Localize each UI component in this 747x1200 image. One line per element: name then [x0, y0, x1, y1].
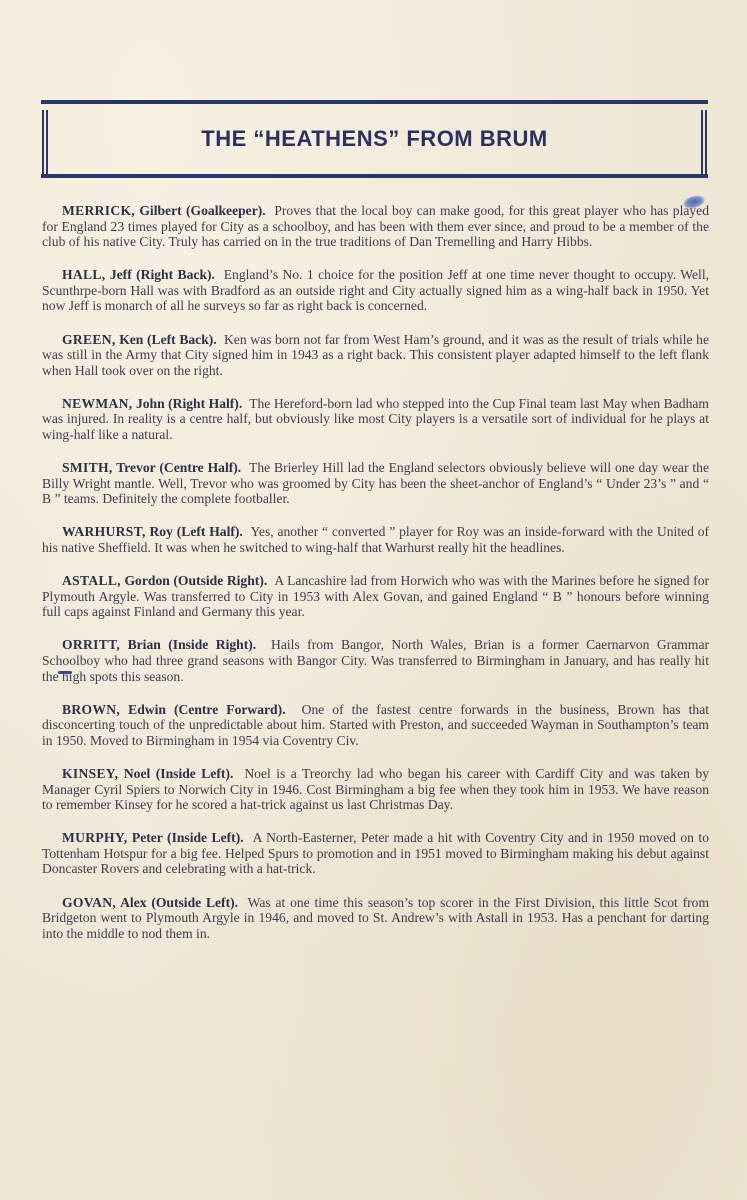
- player-heading: WARHURST, Roy (Left Half).: [62, 524, 243, 539]
- player-forename: Brian: [128, 637, 161, 652]
- player-heading: MERRICK, Gilbert (Goalkeeper).: [62, 203, 266, 218]
- player-surname: ASTALL,: [62, 573, 121, 588]
- player-surname: WARHURST,: [62, 524, 146, 539]
- player-position: (Centre Half).: [159, 460, 241, 475]
- player-position: (Right Half).: [168, 396, 242, 411]
- player-forename: Trevor: [116, 460, 155, 475]
- page-title: THE “HEATHENS” FROM BRUM: [41, 126, 708, 152]
- player-forename: Ken: [119, 332, 143, 347]
- player-entry: ASTALL, Gordon (Outside Right). A Lancas…: [42, 573, 709, 620]
- player-entry: HALL, Jeff (Right Back). England’s No. 1…: [42, 267, 709, 314]
- player-position: (Goalkeeper).: [186, 203, 266, 218]
- player-forename: John: [136, 396, 165, 411]
- player-position: (Inside Left).: [167, 830, 244, 845]
- player-surname: MURPHY,: [62, 830, 127, 845]
- player-heading: NEWMAN, John (Right Half).: [62, 396, 242, 411]
- player-entry: KINSEY, Noel (Inside Left). Noel is a Tr…: [42, 766, 709, 813]
- player-forename: Jeff: [110, 267, 132, 282]
- player-heading: BROWN, Edwin (Centre Forward).: [62, 702, 286, 717]
- title-frame: THE “HEATHENS” FROM BRUM: [41, 100, 708, 178]
- player-heading: HALL, Jeff (Right Back).: [62, 267, 215, 282]
- player-surname: HALL,: [62, 267, 105, 282]
- player-forename: Roy: [149, 524, 172, 539]
- player-heading: GOVAN, Alex (Outside Left).: [62, 895, 238, 910]
- player-surname: NEWMAN,: [62, 396, 132, 411]
- player-entry: ORRITT, Brian (Inside Right). Hails from…: [42, 637, 709, 684]
- player-heading: GREEN, Ken (Left Back).: [62, 332, 217, 347]
- player-position: (Right Back).: [136, 267, 215, 282]
- player-entry: GOVAN, Alex (Outside Left). Was at one t…: [42, 895, 709, 942]
- player-position: (Inside Left).: [156, 766, 234, 781]
- player-entry: WARHURST, Roy (Left Half). Yes, another …: [42, 524, 709, 555]
- player-entry: GREEN, Ken (Left Back). Ken was born not…: [42, 332, 709, 379]
- player-surname: ORRITT,: [62, 637, 120, 652]
- player-position: (Inside Right).: [168, 637, 256, 652]
- player-forename: Alex: [120, 895, 146, 910]
- player-forename: Peter: [132, 830, 163, 845]
- player-heading: ASTALL, Gordon (Outside Right).: [62, 573, 267, 588]
- player-surname: GREEN,: [62, 332, 116, 347]
- player-surname: BROWN,: [62, 702, 120, 717]
- player-heading: KINSEY, Noel (Inside Left).: [62, 766, 233, 781]
- player-forename: Gilbert: [139, 203, 181, 218]
- player-surname: SMITH,: [62, 460, 113, 475]
- player-profiles: MERRICK, Gilbert (Goalkeeper). Proves th…: [42, 203, 709, 959]
- player-entry: BROWN, Edwin (Centre Forward). One of th…: [42, 702, 709, 749]
- player-position: (Left Half).: [177, 524, 243, 539]
- player-surname: KINSEY,: [62, 766, 118, 781]
- player-heading: MURPHY, Peter (Inside Left).: [62, 830, 244, 845]
- player-heading: ORRITT, Brian (Inside Right).: [62, 637, 256, 652]
- player-position: (Outside Left).: [151, 895, 238, 910]
- player-position: (Outside Right).: [173, 573, 267, 588]
- player-heading: SMITH, Trevor (Centre Half).: [62, 460, 241, 475]
- player-position: (Centre Forward).: [174, 702, 286, 717]
- player-forename: Noel: [124, 766, 150, 781]
- player-surname: MERRICK,: [62, 203, 135, 218]
- player-entry: MURPHY, Peter (Inside Left). A North-Eas…: [42, 830, 709, 877]
- player-forename: Edwin: [128, 702, 166, 717]
- player-entry: MERRICK, Gilbert (Goalkeeper). Proves th…: [42, 203, 709, 250]
- player-position: (Left Back).: [147, 332, 217, 347]
- player-surname: GOVAN,: [62, 895, 116, 910]
- player-entry: SMITH, Trevor (Centre Half). The Brierle…: [42, 460, 709, 507]
- player-entry: NEWMAN, John (Right Half). The Hereford-…: [42, 396, 709, 443]
- player-forename: Gordon: [124, 573, 169, 588]
